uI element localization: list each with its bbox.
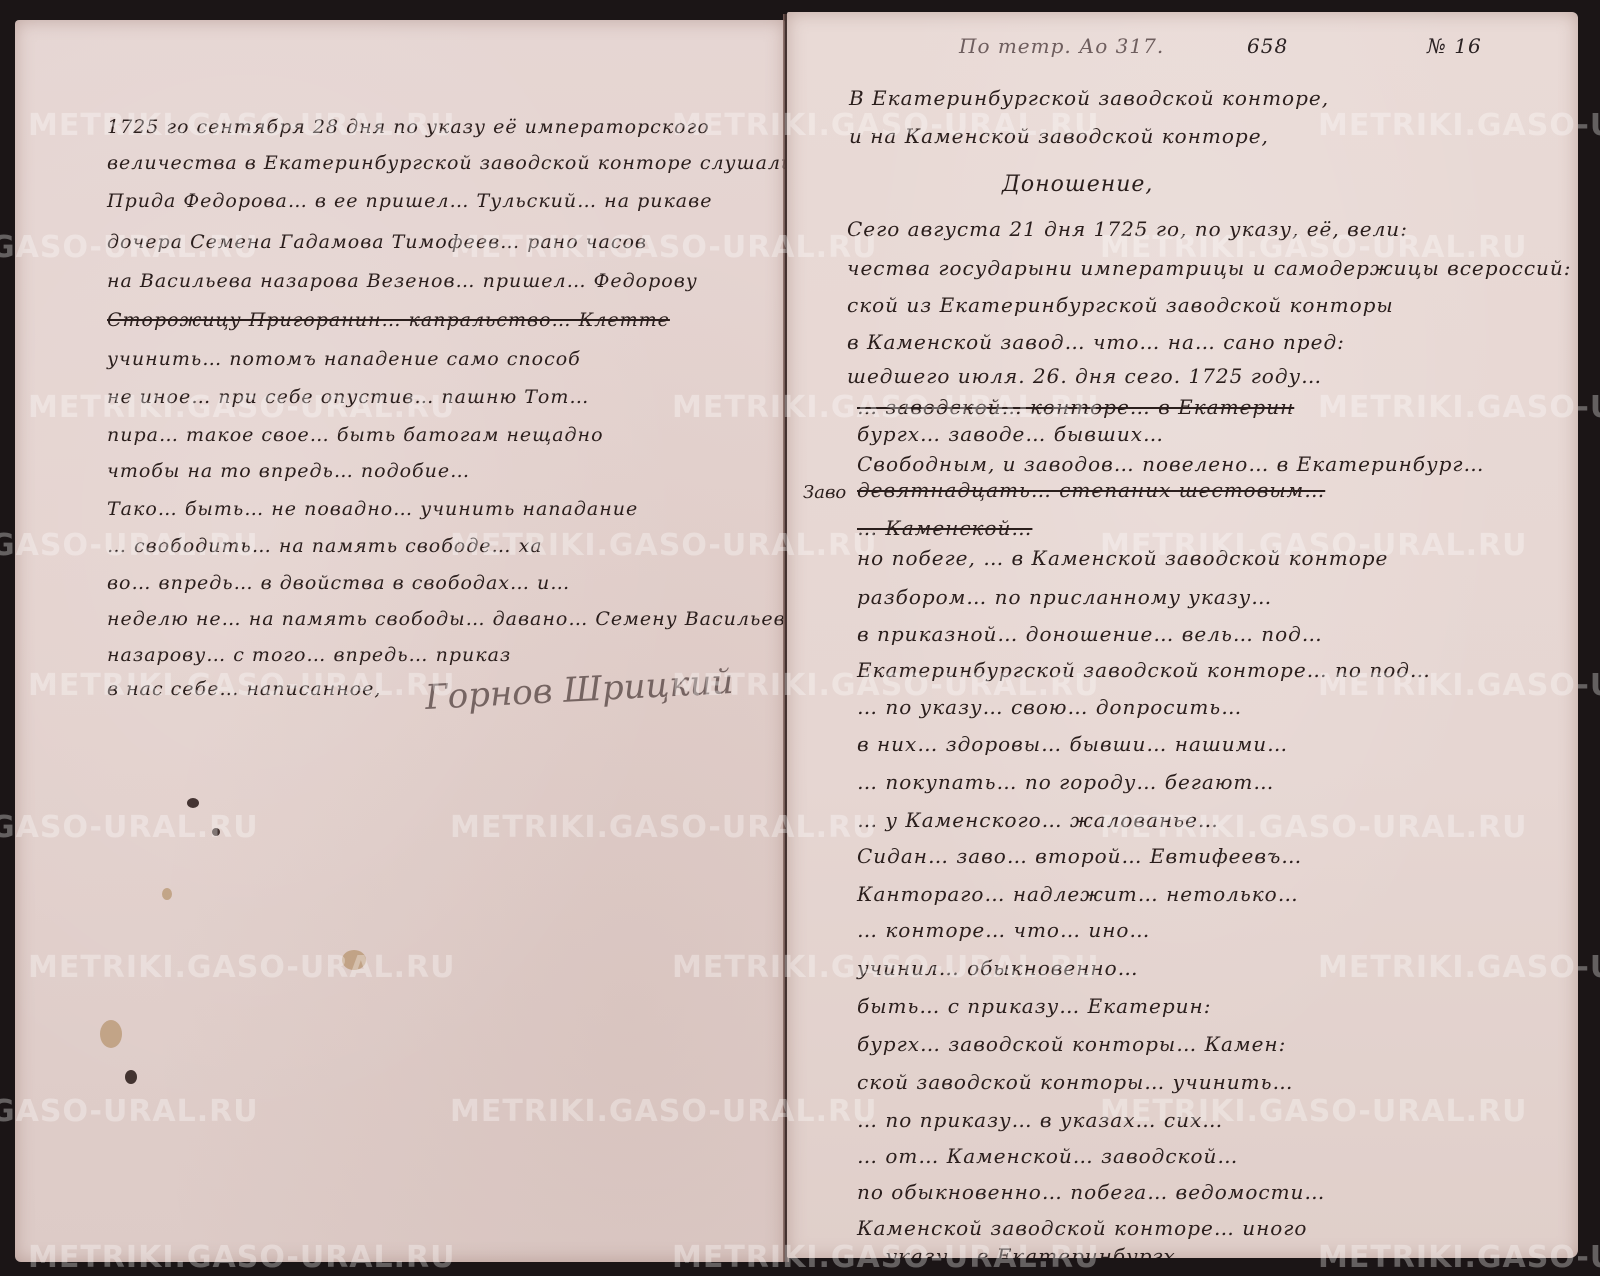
- left-line-2: величества в Екатеринбургской заводской …: [107, 152, 785, 174]
- left-line-16: в нас себе… написанное,: [107, 678, 381, 700]
- right-line-5: шедшего июля. 26. дня сего. 1725 году…: [847, 364, 1322, 388]
- right-line-4: в Каменской завод… что… на… сано пред:: [847, 330, 1345, 354]
- document-heading: Доношение,: [1002, 172, 1153, 197]
- left-line-6: Сторожицу Пригоранин… капральство… Клетт…: [107, 309, 670, 331]
- right-line-16: в них… здоровы… бывши… нашими…: [857, 732, 1288, 756]
- right-page: По тетр. Ао 317. 658 № 16 В Екатеринбург…: [787, 12, 1578, 1258]
- left-line-15: назарову… с того… впредь… приказ: [107, 644, 511, 666]
- right-line-12: разбором… по присланному указу…: [857, 585, 1272, 609]
- address-line-2: и на Каменской заводской конторе,: [849, 124, 1269, 148]
- stain: [162, 888, 172, 900]
- signature: Горнов Шрицкий: [424, 662, 734, 718]
- left-line-10: чтобы на то впредь… подобие…: [107, 460, 470, 482]
- left-line-3: Прида Федорова… в ее пришел… Тульский… н…: [107, 190, 712, 212]
- left-page: 1725 го сентября 28 дня по указу её импе…: [15, 20, 785, 1262]
- margin-note: Заво: [803, 482, 846, 503]
- right-line-26: … по приказу… в указах… сих…: [857, 1108, 1223, 1132]
- right-line-15: … по указу… свою… допросить…: [857, 695, 1242, 719]
- right-line-8: Свободным, и заводов… повелено… в Екатер…: [857, 452, 1485, 476]
- stain: [100, 1020, 122, 1048]
- right-line-25: ской заводской конторы… учинить…: [857, 1070, 1293, 1094]
- right-line-7: бургх… заводе… бывших…: [857, 422, 1164, 446]
- pencil-archive-note: По тетр. Ао 317.: [959, 34, 1164, 58]
- right-line-3: ской из Екатеринбургской заводской конто…: [847, 293, 1394, 317]
- right-line-17: … покупать… по городу… бегают…: [857, 770, 1274, 794]
- right-line-22: учинил… обыкновенно…: [857, 956, 1139, 980]
- right-line-11: но побеге, … в Каменской заводской конто…: [857, 546, 1388, 570]
- address-line-1: В Екатеринбургской заводской конторе,: [849, 86, 1329, 110]
- ink-blot: [187, 798, 199, 808]
- left-line-11: Тако… быть… не повадно… учинить нападани…: [107, 498, 638, 520]
- left-line-8: не иное… при себе опустив… пашню Тот…: [107, 386, 589, 408]
- right-line-9: девятнадцать… степаних шестовым…: [857, 478, 1325, 502]
- right-line-23: быть… с приказу… Екатерин:: [857, 994, 1211, 1018]
- left-line-12: … свободить… на память свободе… ха: [107, 535, 543, 557]
- left-line-7: учинить… потомъ нападение само способ: [107, 348, 581, 370]
- right-line-14: Екатеринбургской заводской конторе… по п…: [857, 658, 1431, 682]
- right-line-2: чества государыни императрицы и самодерж…: [847, 256, 1572, 280]
- right-line-19: Сидан… заво… второй… Евтифеевъ…: [857, 844, 1302, 868]
- right-line-10: … Каменской…: [857, 516, 1032, 540]
- right-line-24: бургх… заводской конторы… Камен:: [857, 1032, 1286, 1056]
- right-line-28: по обыкновенно… побега… ведомости…: [857, 1180, 1325, 1204]
- folio-number: № 16: [1427, 34, 1482, 58]
- stain: [342, 950, 366, 970]
- right-line-18: … у Каменского… жалованье…: [857, 808, 1219, 832]
- left-line-5: на Васильева назарова Везенов… пришел… Ф…: [107, 270, 698, 292]
- right-line-13: в приказной… доношение… вель… под…: [857, 622, 1323, 646]
- ink-blot: [212, 828, 220, 836]
- right-line-20: Кантораго… надлежит… нетолько…: [857, 882, 1299, 906]
- left-line-1: 1725 го сентября 28 дня по указу её импе…: [107, 116, 710, 138]
- page-number: 658: [1247, 34, 1288, 58]
- right-line-29: Каменской заводской конторе… иного: [857, 1216, 1307, 1240]
- left-line-13: во… впредь… в двойства в свободах… и…: [107, 572, 570, 594]
- right-line-1: Сего августа 21 дня 1725 го, по указу, е…: [847, 217, 1408, 241]
- right-line-21: … конторе… что… ино…: [857, 918, 1150, 942]
- right-line-30: … указу… в Екатеринбургх…: [857, 1244, 1197, 1258]
- ink-blot: [125, 1070, 137, 1084]
- left-line-9: пира… такое свое… быть батогам нещадно: [107, 424, 604, 446]
- left-line-4: дочера Семена Гадамова Тимофеев… рано ча…: [107, 231, 647, 253]
- right-line-27: … от… Каменской… заводской…: [857, 1144, 1238, 1168]
- left-line-14: неделю не… на память свободы… давано… Се…: [107, 608, 785, 630]
- right-line-6: … заводской… конторе… в Екатерин: [857, 395, 1294, 419]
